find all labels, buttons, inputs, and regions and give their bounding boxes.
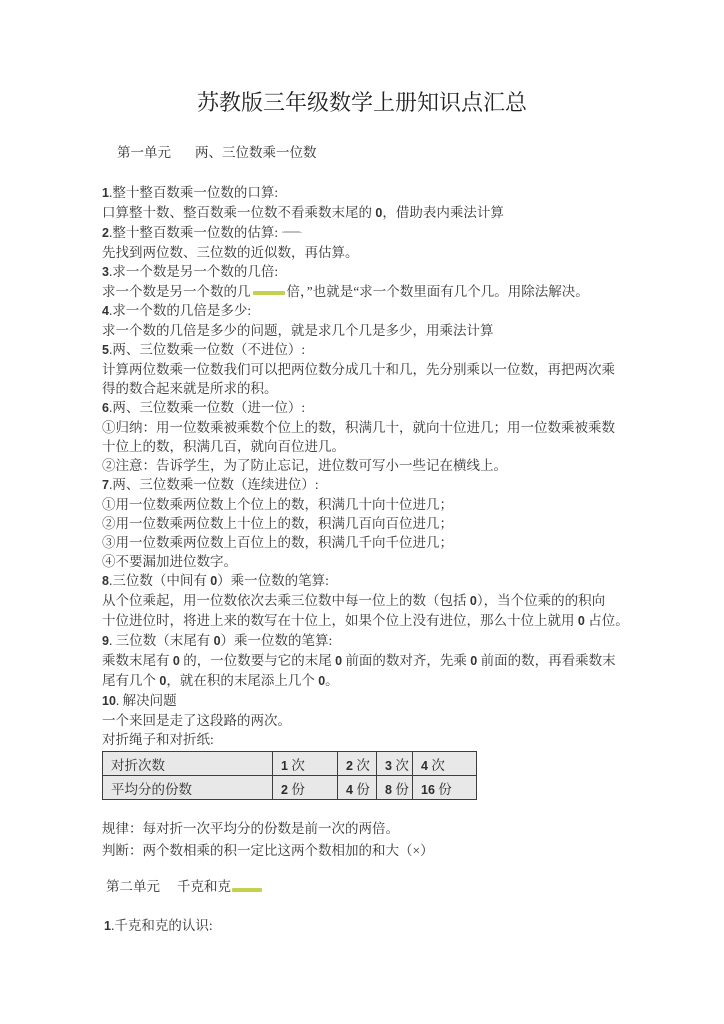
text-run: 2.整十整百数乘一位数的估算: bbox=[102, 225, 278, 240]
text-run: 口算整十数、整百数乘一位数不看乘数末尾的 0，借助表内乘法计算 bbox=[102, 205, 504, 220]
table-cell: 1 次 bbox=[273, 752, 338, 776]
table-cell: 8 份 bbox=[377, 776, 413, 800]
text-run: 对折绳子和对折纸: bbox=[102, 732, 214, 747]
text-run: 十位进位时，将进上来的数写在十位上，如果个位上没有进位，那么十位上就用 0 占位… bbox=[102, 613, 629, 628]
table-cell: 2 次 bbox=[338, 752, 377, 776]
yellow-highlight-mark bbox=[253, 291, 285, 295]
paragraph-line: 求一个数的几倍是多少的问题，就是求几个几是多少，用乘法计算 bbox=[102, 321, 638, 340]
paragraph-line: 乘数末尾有 0 的，一位数要与它的末尾 0 前面的数对齐，先乘 0 前面的数，再… bbox=[102, 651, 638, 671]
judgement-line: 判断：两个数相乘的积一定比这两个数相加的和大（×） bbox=[102, 840, 434, 862]
text-run: 尾有几个 0，就在积的末尾添上几个 0。 bbox=[102, 673, 339, 688]
text-run: ②注意：告诉学生，为了防止忘记，进位数可写小一些记在横线上。 bbox=[102, 458, 507, 473]
paragraph-line: 十位进位时，将进上来的数写在十位上，如果个位上没有进位，那么十位上就用 0 占位… bbox=[102, 611, 638, 631]
text-run: 3.求一个数是另一个数的几倍: bbox=[102, 264, 278, 279]
unit2-title: 千克和克 bbox=[177, 879, 231, 894]
paragraph-line: ①归纳：用一位数乘被乘数个位上的数，积满几十，就向十位进几；用一位数乘被乘数 bbox=[102, 418, 638, 437]
paragraph-line: 口算整十数、整百数乘一位数不看乘数末尾的 0，借助表内乘法计算 bbox=[102, 203, 638, 223]
paragraph-line: 从个位乘起，用一位数依次去乘三位数中每一位上的数（包括 0），当个位乘的的积向 bbox=[102, 591, 638, 611]
text-run: 计算两位数乘一位数我们可以把两位数分成几十和几，先分别乘以一位数，再把两次乘 bbox=[102, 362, 615, 377]
paragraph-line: 8.三位数（中间有 0）乘一位数的笔算: bbox=[102, 571, 638, 591]
paragraph-line: 9. 三位数（末尾有 0）乘一位数的笔算: bbox=[102, 631, 638, 651]
paragraph-line: ②用一位数乘两位数上十位上的数，积满几百向百位进几； bbox=[102, 514, 638, 533]
text-run: 4.求一个数的几倍是多少: bbox=[102, 303, 251, 318]
paragraph-line: ④不要漏加进位数字。 bbox=[102, 552, 638, 571]
table-cell: 2 份 bbox=[273, 776, 338, 800]
document-page: 苏教版三年级数学上册知识点汇总 第一单元两、三位数乘一位数 1.整十整百数乘一位… bbox=[0, 0, 724, 1024]
text-run: 十位上的数，积满几百，就向百位进几。 bbox=[102, 439, 345, 454]
text-run: ①归纳：用一位数乘被乘数个位上的数，积满几十，就向十位进几；用一位数乘被乘数 bbox=[102, 420, 615, 435]
text-run: ①用一位数乘两位数上个位上的数，积满几十向十位进几； bbox=[102, 497, 453, 512]
text-run: 6.两、三位数乘一位数（进一位）: bbox=[102, 400, 305, 415]
paragraph-line: 1.整十整百数乘一位数的口算: bbox=[102, 183, 638, 203]
table-cell: 3 次 bbox=[377, 752, 413, 776]
unit2-label: 第二单元 bbox=[106, 879, 160, 894]
document-title: 苏教版三年级数学上册知识点汇总 bbox=[0, 90, 724, 116]
body-text: 1.整十整百数乘一位数的口算:口算整十数、整百数乘一位数不看乘数末尾的 0，借助… bbox=[102, 183, 638, 749]
table-cell: 平均分的份数 bbox=[103, 776, 273, 800]
paragraph-line: 尾有几个 0，就在积的末尾添上几个 0。 bbox=[102, 671, 638, 691]
paragraph-line: 6.两、三位数乘一位数（进一位）: bbox=[102, 398, 638, 418]
text-run: 得的数合起来就是所求的积。 bbox=[102, 381, 278, 396]
text-run: 求一个数的几倍是多少的问题，就是求几个几是多少，用乘法计算 bbox=[102, 323, 494, 338]
text-run: 8.三位数（中间有 0）乘一位数的笔算: bbox=[102, 573, 329, 588]
yellow-highlight-mark bbox=[232, 888, 262, 892]
table-row-parts: 平均分的份数 2 份 4 份 8 份 16 份 bbox=[103, 776, 477, 800]
fold-table: 对折次数 1 次 2 次 3 次 4 次 平均分的份数 2 份 4 份 8 份 … bbox=[102, 751, 477, 800]
text-run: 5.两、三位数乘一位数（不进位）: bbox=[102, 342, 305, 357]
text-run: 7.两、三位数乘一位数（连续进位）: bbox=[102, 477, 319, 492]
text-run: 从个位乘起，用一位数依次去乘三位数中每一位上的数（包括 0），当个位乘的的积向 bbox=[102, 593, 605, 608]
rule-line: 规律：每对折一次平均分的份数是前一次的两倍。 bbox=[102, 818, 434, 840]
table-cell: 对折次数 bbox=[103, 752, 273, 776]
paragraph-line: 3.求一个数是另一个数的几倍: bbox=[102, 262, 638, 282]
text-run: 一个来回是走了这段路的两次。 bbox=[102, 713, 291, 728]
paragraph-line: 十位上的数，积满几百，就向百位进几。 bbox=[102, 437, 638, 456]
unit1-label: 第一单元 bbox=[117, 145, 171, 160]
section-heading-unit2: 第二单元千克和克 bbox=[106, 877, 264, 896]
table-cell: 4 份 bbox=[338, 776, 377, 800]
paragraph-line: ③用一位数乘两位数上百位上的数，积满几千向千位进几； bbox=[102, 533, 638, 552]
unit1-title: 两、三位数乘一位数 bbox=[195, 145, 317, 160]
text-run: 倍，”也就是“求一个数里面有几个几。用除法解决。 bbox=[287, 284, 589, 299]
paragraph-line: 2.整十整百数乘一位数的估算: bbox=[102, 223, 638, 243]
tail-line: 1.千克和克的认识: bbox=[104, 916, 213, 936]
text-run: 先找到两位数、三位数的近似数，再估算。 bbox=[102, 245, 359, 260]
paragraph-line: 一个来回是走了这段路的两次。 bbox=[102, 711, 638, 730]
paragraph-line: 得的数合起来就是所求的积。 bbox=[102, 379, 638, 398]
table-cell: 4 次 bbox=[413, 752, 477, 776]
text-run: 求一个数是另一个数的几 bbox=[102, 284, 251, 299]
paragraph-line: ②注意：告诉学生，为了防止忘记，进位数可写小一些记在横线上。 bbox=[102, 456, 638, 475]
table-row-folds: 对折次数 1 次 2 次 3 次 4 次 bbox=[103, 752, 477, 776]
paragraph-line: 求一个数是另一个数的几倍，”也就是“求一个数里面有几个几。用除法解决。 bbox=[102, 282, 638, 301]
table-cell: 16 份 bbox=[413, 776, 477, 800]
section-heading-unit1: 第一单元两、三位数乘一位数 bbox=[117, 143, 317, 162]
paragraph-line: 4.求一个数的几倍是多少: bbox=[102, 301, 638, 321]
paragraph-line: 7.两、三位数乘一位数（连续进位）: bbox=[102, 475, 638, 495]
paragraph-line: ①用一位数乘两位数上个位上的数，积满几十向十位进几； bbox=[102, 495, 638, 514]
text-run: 9. 三位数（末尾有 0）乘一位数的笔算: bbox=[102, 633, 332, 648]
text-run: ④不要漏加进位数字。 bbox=[102, 554, 237, 569]
text-run: 1.整十整百数乘一位数的口算: bbox=[102, 185, 278, 200]
text-run: ②用一位数乘两位数上十位上的数，积满几百向百位进几； bbox=[102, 516, 453, 531]
paragraph-line: 5.两、三位数乘一位数（不进位）: bbox=[102, 340, 638, 360]
paragraph-line: 计算两位数乘一位数我们可以把两位数分成几十和几，先分别乘以一位数，再把两次乘 bbox=[102, 360, 638, 379]
text-run: ③用一位数乘两位数上百位上的数，积满几千向千位进几； bbox=[102, 535, 453, 550]
paragraph-line: 对折绳子和对折纸: bbox=[102, 730, 638, 749]
rules-block: 规律：每对折一次平均分的份数是前一次的两倍。 判断：两个数相乘的积一定比这两个数… bbox=[102, 818, 434, 861]
paragraph-line: 先找到两位数、三位数的近似数，再估算。 bbox=[102, 243, 638, 262]
gray-highlight-mark bbox=[282, 231, 302, 233]
text-run: 10. 解决问题 bbox=[102, 693, 177, 708]
paragraph-line: 10. 解决问题 bbox=[102, 691, 638, 711]
text-run: 乘数末尾有 0 的，一位数要与它的末尾 0 前面的数对齐，先乘 0 前面的数，再… bbox=[102, 653, 616, 668]
